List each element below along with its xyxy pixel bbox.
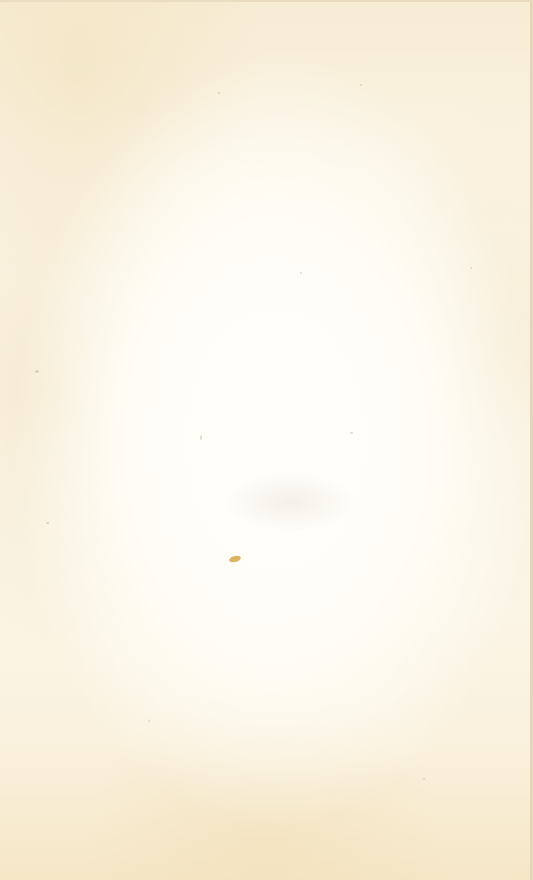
speck bbox=[350, 432, 353, 434]
speck bbox=[200, 435, 202, 440]
speck bbox=[46, 522, 49, 524]
speck bbox=[35, 370, 39, 373]
speck bbox=[218, 92, 220, 94]
speck bbox=[423, 778, 425, 780]
stain-mark bbox=[228, 555, 241, 564]
speck bbox=[148, 720, 150, 722]
speck bbox=[470, 267, 472, 269]
speck bbox=[360, 84, 362, 86]
foxing-marks bbox=[225, 472, 355, 532]
speck bbox=[300, 272, 302, 274]
blank-card-back bbox=[0, 0, 533, 880]
